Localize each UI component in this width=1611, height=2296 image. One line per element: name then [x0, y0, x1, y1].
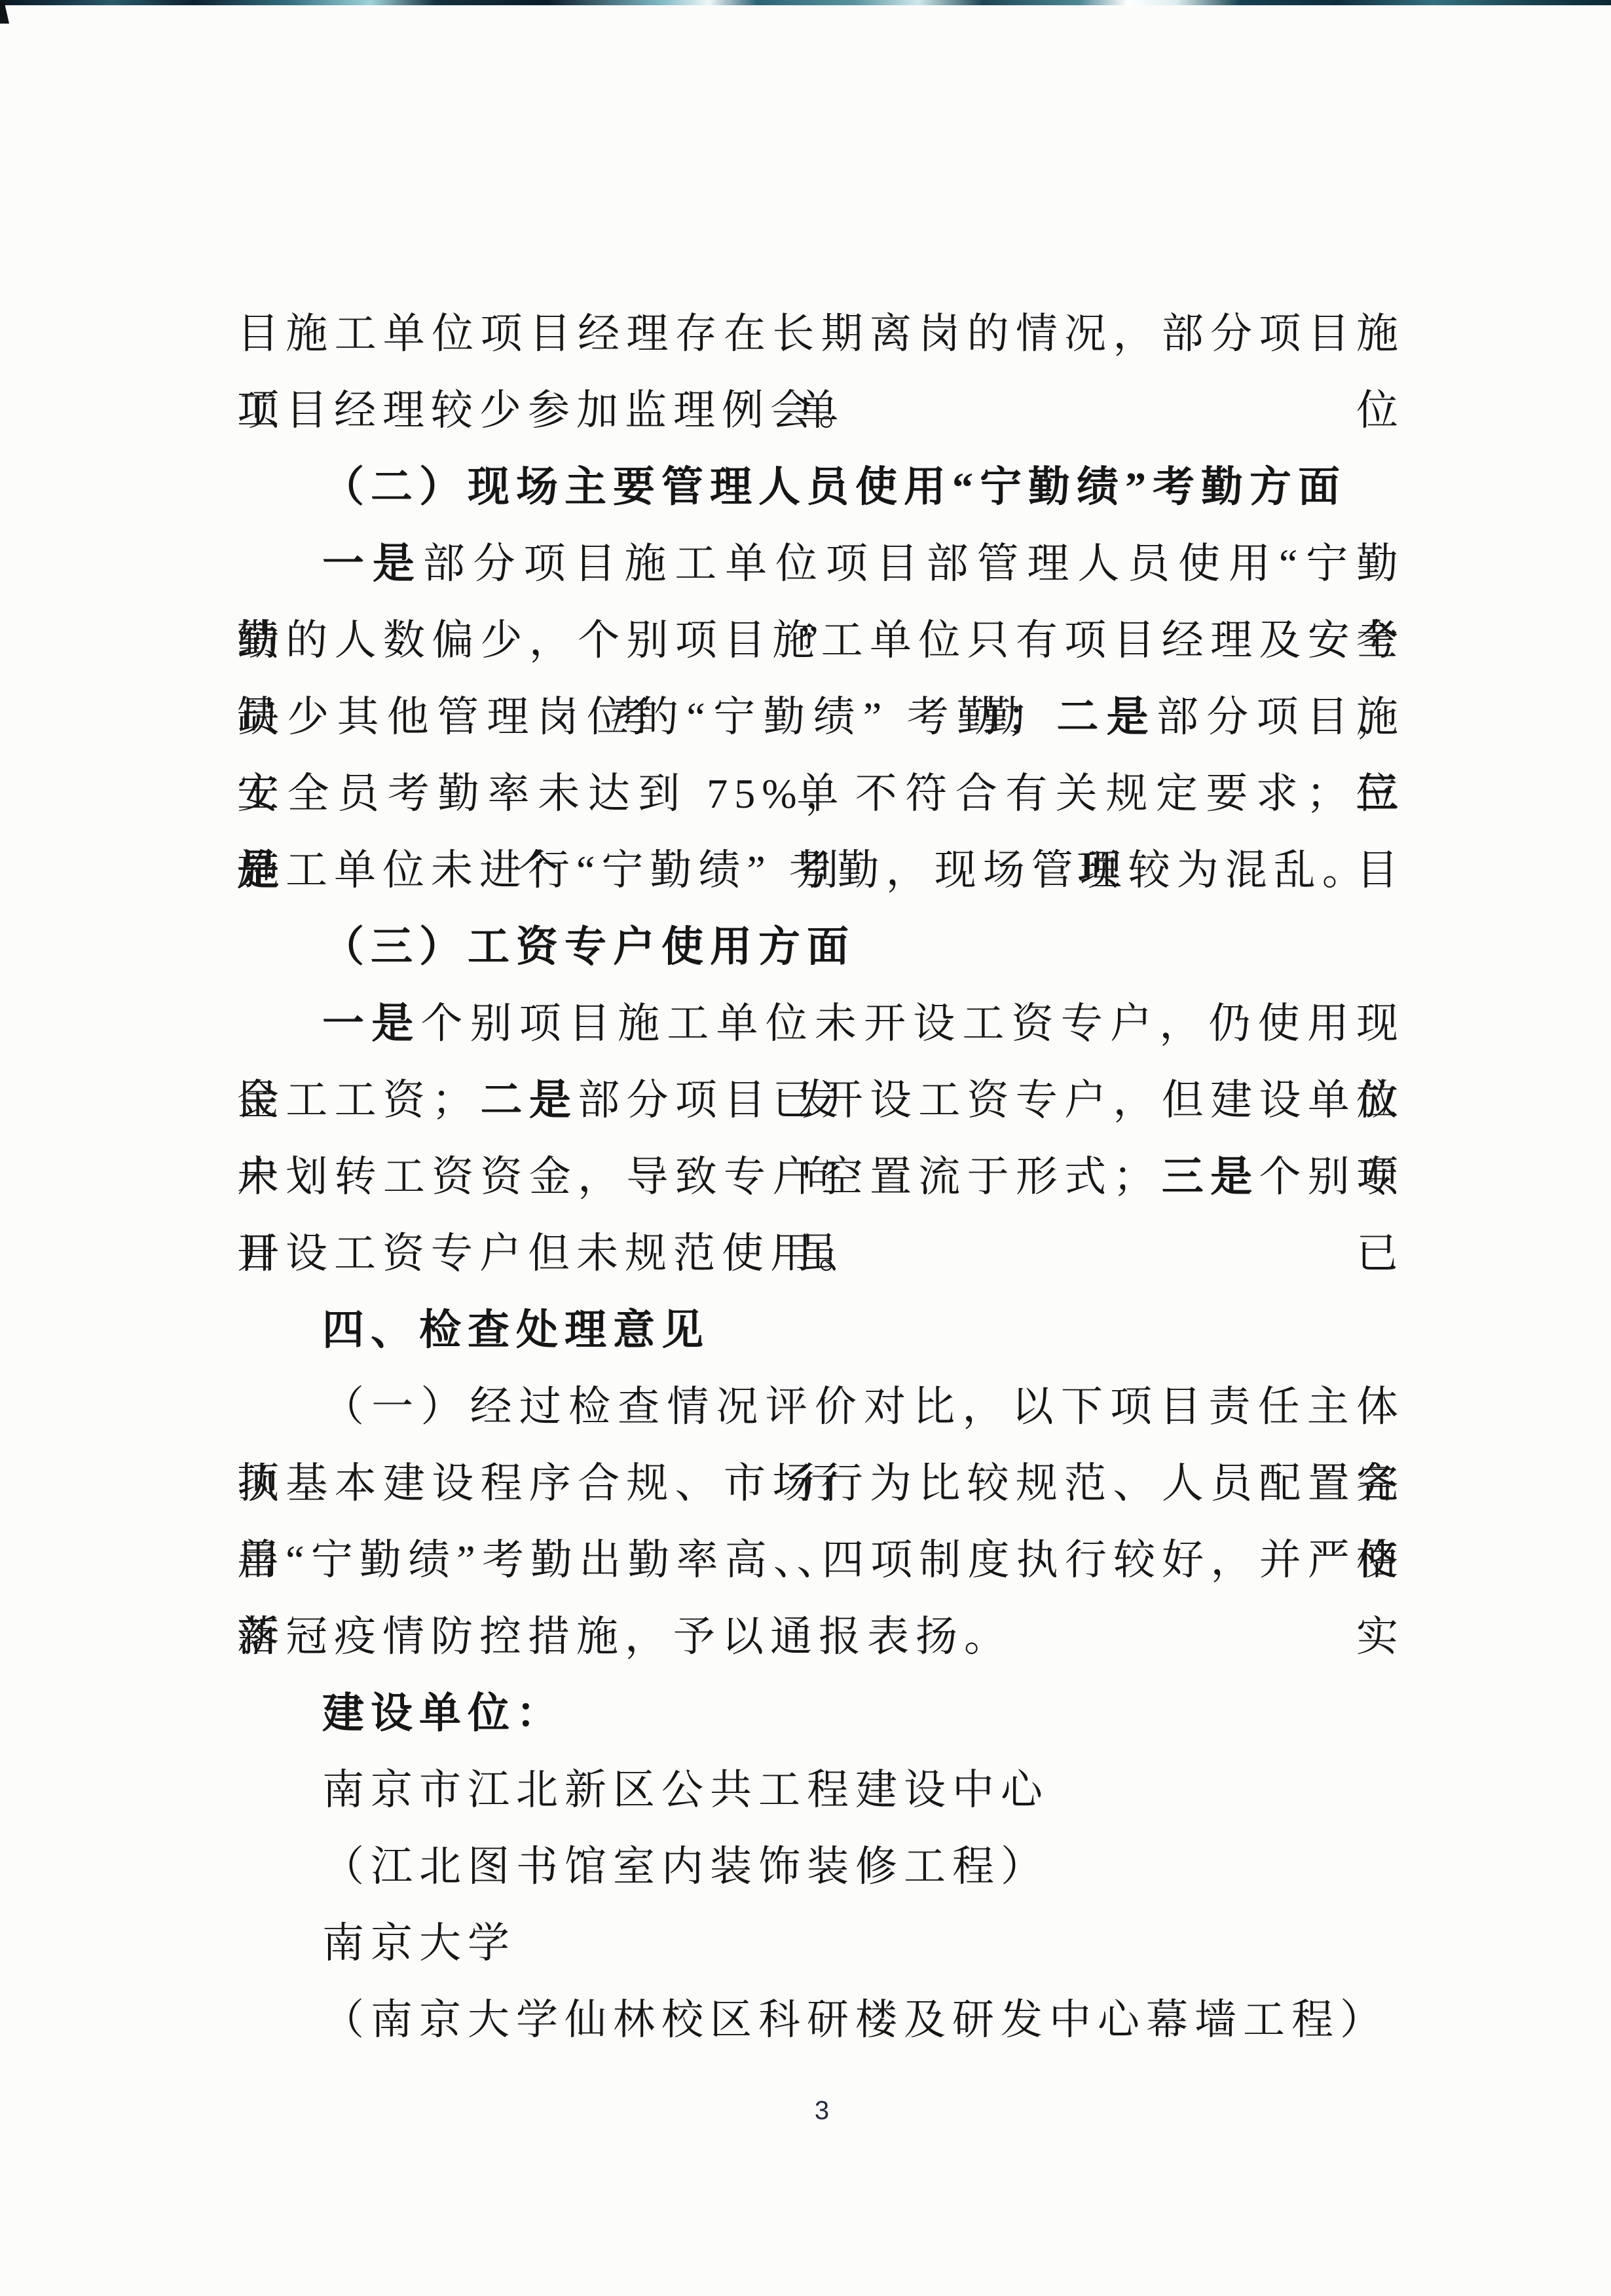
- document-page: 目施工单位项目经理存在长期离岗的情况，部分项目施工单位项目经理较少参加监理例会。…: [0, 0, 1611, 2296]
- document-lines: 目施工单位项目经理存在长期离岗的情况，部分项目施工单位项目经理较少参加监理例会。…: [237, 295, 1405, 2058]
- emphasis-text: 二是: [1055, 694, 1157, 740]
- emphasis-text: 一是: [322, 1000, 420, 1047]
- emphasis-text: 四、检查处理意见: [322, 1306, 710, 1353]
- body-text: 户划转工资资金，导致专户空置流于形式；: [237, 1154, 1161, 1200]
- text-line: 缺少其他管理岗位的“宁勤绩” 考勤；二是部分项目施工单位: [237, 679, 1405, 755]
- emphasis-text: （三）工资专户使用方面: [322, 924, 855, 970]
- text-line: （江北图书馆室内装饰装修工程）: [237, 1828, 1405, 1905]
- body-text: 施工单位未进行“宁勤绩” 考勤，现场管理较为混乱。: [237, 847, 1371, 894]
- text-line: 目施工单位项目经理存在长期离岗的情况，部分项目施工单位: [237, 295, 1405, 372]
- text-line: 项基本建设程序合规、市场行为比较规范、人员配置完善、使: [237, 1445, 1405, 1522]
- body-text: 民工工资；: [237, 1077, 480, 1123]
- body-text: 南京大学: [322, 1920, 516, 1967]
- text-line: 勤的人数偏少，个别项目施工单位只有项目经理及安全员考勤，: [237, 602, 1405, 679]
- emphasis-text: 二是: [480, 1077, 578, 1123]
- scan-edge-artifact: [0, 0, 1611, 5]
- text-line: 建设单位：: [237, 1675, 1405, 1752]
- text-line: 四、检查处理意见: [237, 1292, 1405, 1368]
- text-line: 南京市江北新区公共工程建设中心: [237, 1752, 1405, 1828]
- body-text: 开设工资专户但未规范使用。: [237, 1230, 867, 1277]
- emphasis-text: 三是: [1161, 1154, 1259, 1200]
- text-line: 民工工资；二是部分项目已开设工资专户，但建设单位未向专: [237, 1062, 1405, 1139]
- body-text: 新冠疫情防控措施，予以通报表扬。: [237, 1613, 1012, 1660]
- text-line: 用“宁勤绩”考勤出勤率高、四项制度执行较好，并严格落实: [237, 1522, 1405, 1598]
- text-line: （三）工资专户使用方面: [237, 909, 1405, 985]
- body-text: 缺少其他管理岗位的“宁勤绩” 考勤；: [237, 694, 1055, 740]
- body-text: 项目经理较少参加监理例会。: [237, 387, 867, 434]
- text-line: （一）经过检查情况评价对比，以下项目责任主体执行各: [237, 1368, 1405, 1445]
- text-line: 施工单位未进行“宁勤绩” 考勤，现场管理较为混乱。: [237, 832, 1405, 909]
- text-line: 一是部分项目施工单位项目部管理人员使用“宁勤绩” 考: [237, 525, 1405, 602]
- page-number: 3: [815, 2095, 829, 2126]
- emphasis-text: 一是: [322, 540, 423, 587]
- text-line: 南京大学: [237, 1905, 1405, 1982]
- body-text: （江北图书馆室内装饰装修工程）: [322, 1843, 1049, 1890]
- text-line: 户划转工资资金，导致专户空置流于形式；三是个别项目虽已: [237, 1139, 1405, 1215]
- text-line: （二）现场主要管理人员使用“宁勤绩”考勤方面: [237, 449, 1405, 525]
- body-text: 安全员考勤率未达到 75%，不符合有关规定要求；: [237, 770, 1354, 817]
- text-line: （南京大学仙林校区科研楼及研发中心幕墙工程）: [237, 1982, 1405, 2058]
- body-text: （南京大学仙林校区科研楼及研发中心幕墙工程）: [322, 1997, 1388, 2043]
- emphasis-text: （二）现场主要管理人员使用“宁勤绩”考勤方面: [322, 464, 1346, 510]
- text-line: 安全员考勤率未达到 75%，不符合有关规定要求；三是个别项目: [237, 755, 1405, 832]
- text-line: 一是个别项目施工单位未开设工资专户，仍使用现金发放: [237, 985, 1405, 1062]
- body-text: 南京市江北新区公共工程建设中心: [322, 1767, 1049, 1813]
- emphasis-text: 建设单位：: [322, 1689, 565, 1737]
